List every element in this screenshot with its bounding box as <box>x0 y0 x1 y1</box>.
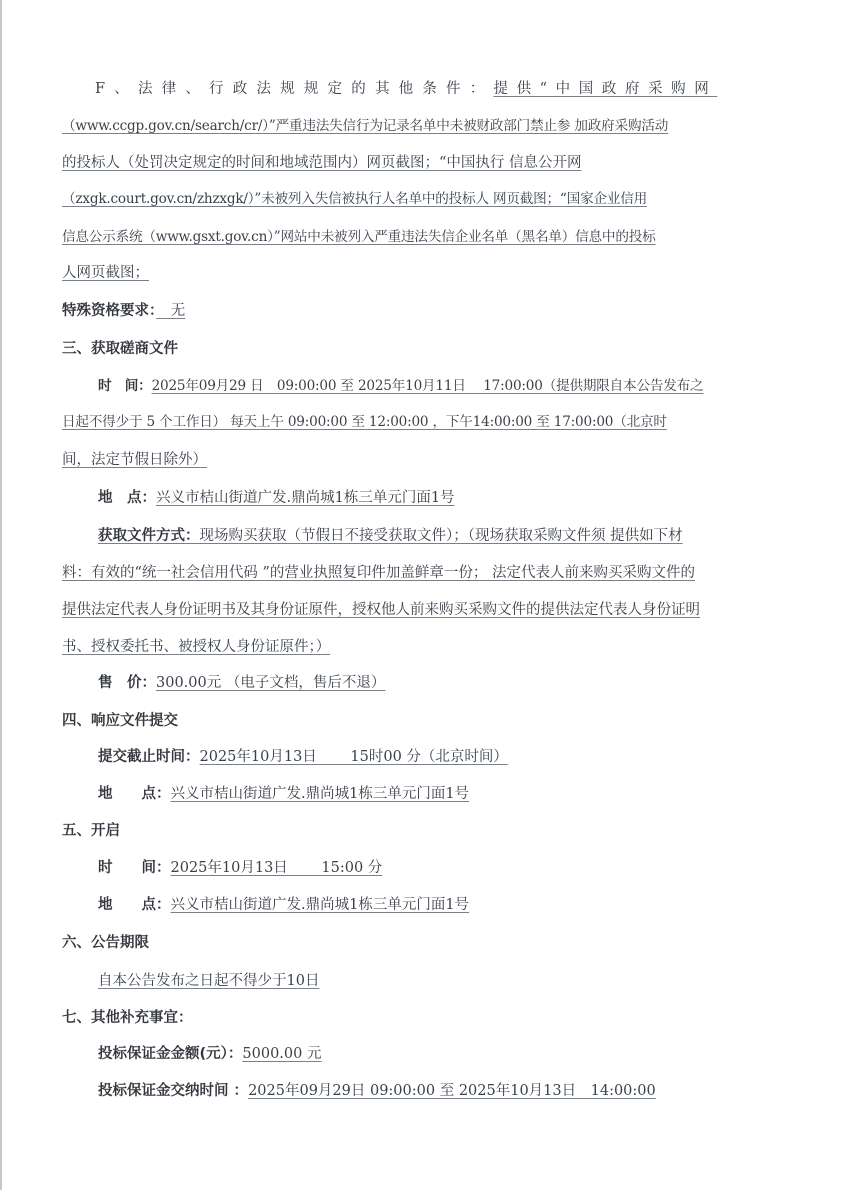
section-3-time-label: 时 间： <box>98 378 152 394</box>
deposit-time-value: 2025年09月29日 09:00:00 至 2025年10月13日 14:00… <box>248 1083 656 1099</box>
page-edge <box>0 0 2 1190</box>
legal-conditions-label: F、法律、行政法规规定的其他条件： <box>95 81 493 97</box>
section-5-heading: 五、开启 <box>62 821 120 841</box>
section-6-value: 自本公告发布之日起不得少于10日 <box>98 971 319 991</box>
deposit-amount-label: 投标保证金金额(元）： <box>98 1046 242 1062</box>
section-3-method-line-3: 提供法定代表人身份证明书及其身份证原件，授权他人前来购买采购文件的提供法定代表人… <box>62 600 700 620</box>
section-3-method-label: 获取文件方式： <box>98 528 200 544</box>
section-3-time-line-1: 时 间：2025年09月29 日 09:00:00 至 2025年10月11日 … <box>98 376 703 396</box>
deposit-amount-value: 5000.00 元 <box>242 1046 321 1062</box>
section-3-time-line-2: 日起不得少于 5 个工作日） 每天上午 09:00:00 至 12:00:00 … <box>62 412 667 432</box>
section-5-time-value: 2025年10月13日 15:00 分 <box>171 860 383 876</box>
section-7-deposit-amount: 投标保证金金额(元）：5000.00 元 <box>98 1044 321 1064</box>
section-3-price-value: 300.00元 （电子文档，售后不退） <box>156 675 385 691</box>
legal-conditions-line-4: （zxgk.court.gov.cn/zhzxgk/）”未被列入失信被执行人名单… <box>62 189 647 209</box>
section-3-heading: 三、获取磋商文件 <box>62 339 178 359</box>
section-4-location-label: 地 点： <box>98 786 171 802</box>
section-3-time-line-3: 间，法定节假日除外） <box>62 450 207 470</box>
section-7-deposit-time: 投标保证金交纳时间 ：2025年09月29日 09:00:00 至 2025年1… <box>98 1081 656 1101</box>
legal-conditions-line-2: （www.ccgp.gov.cn/search/cr/）”严重违法失信行为记录名… <box>62 116 668 136</box>
legal-conditions-line-1: F、法律、行政法规规定的其他条件：提供“中国政府采购网 <box>95 79 717 99</box>
section-4-location-value: 兴义市桔山街道广发.鼎尚城1栋三单元门面1号 <box>171 786 470 802</box>
special-requirements: 特殊资格要求： 无 <box>62 301 185 321</box>
legal-conditions-text: 提供“中国政府采购网 <box>493 81 717 97</box>
section-4-heading: 四、响应文件提交 <box>62 711 178 731</box>
section-3-method-line-1: 获取文件方式：现场购买获取（节假日不接受获取文件）；（现场获取采购文件须 提供如… <box>98 526 683 546</box>
section-4-deadline-value: 2025年10月13日 15时00 分（北京时间） <box>200 749 508 765</box>
legal-conditions-line-3: 的投标人（处罚决定规定的时间和地域范围内）网页截图；“中国执行 信息公开网 <box>62 153 582 173</box>
special-requirements-label: 特殊资格要求： <box>62 303 156 319</box>
section-5-time: 时 间：2025年10月13日 15:00 分 <box>98 858 382 878</box>
section-4-deadline-label: 提交截止时间： <box>98 749 200 765</box>
section-3-location-label: 地 点： <box>98 490 156 506</box>
section-7-heading: 七、其他补充事宜： <box>62 1008 193 1028</box>
section-4-deadline: 提交截止时间：2025年10月13日 15时00 分（北京时间） <box>98 747 508 767</box>
section-3-price: 售 价：300.00元 （电子文档，售后不退） <box>98 673 385 693</box>
legal-conditions-line-5: 信息公示系统（www.gsxt.gov.cn）”网站中未被列入严重违法失信企业名… <box>62 227 656 247</box>
section-4-location: 地 点：兴义市桔山街道广发.鼎尚城1栋三单元门面1号 <box>98 784 469 804</box>
section-5-location: 地 点：兴义市桔山街道广发.鼎尚城1栋三单元门面1号 <box>98 895 469 915</box>
section-3-method-line-2: 料：有效的“统一社会信用代码 ”的营业执照复印件加盖鲜章一份； 法定代表人前来购… <box>62 563 695 583</box>
section-3-price-label: 售 价： <box>98 675 156 691</box>
section-3-location-value: 兴义市桔山街道广发.鼎尚城1栋三单元门面1号 <box>156 490 455 506</box>
deposit-time-label: 投标保证金交纳时间 ： <box>98 1083 248 1099</box>
section-5-location-label: 地 点： <box>98 897 171 913</box>
section-3-method-line-4: 书、授权委托书、被授权人身份证原件；） <box>62 637 330 657</box>
section-5-location-value: 兴义市桔山街道广发.鼎尚城1栋三单元门面1号 <box>171 897 470 913</box>
section-5-time-label: 时 间： <box>98 860 171 876</box>
section-3-location: 地 点：兴义市桔山街道广发.鼎尚城1栋三单元门面1号 <box>98 488 455 508</box>
legal-conditions-line-6: 人网页截图； <box>62 263 149 283</box>
section-6-heading: 六、公告期限 <box>62 933 149 953</box>
special-requirements-value: 无 <box>156 303 185 319</box>
